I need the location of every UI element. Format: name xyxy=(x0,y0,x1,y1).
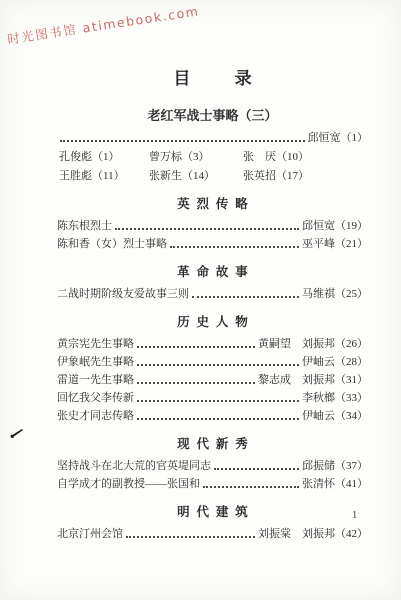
entry-title: 伊象岷先生事略 xyxy=(57,356,134,369)
section-heading-old-red-army: 老红军战士事略（三） xyxy=(57,105,368,124)
toc-entry: 雷道一先生事略 黎志成 刘振邦（31） xyxy=(57,374,368,387)
entry-title: 张史才同志传略 xyxy=(57,410,134,423)
entry-title: 黄宗宪先生事略 xyxy=(57,338,134,351)
toc-entry: 回忆我父李传新 李秋榔（33） xyxy=(57,392,368,405)
entry-credit: 伊岫云（28） xyxy=(302,356,368,369)
entry-credit: 马维祺（25） xyxy=(302,288,368,301)
entry-title: 回忆我父李传新 xyxy=(57,392,134,405)
entry-title: 北京汀州会馆 xyxy=(57,528,123,541)
table-of-contents: 目录 老红军战士事略（三） 邱恒宽（1） 孔俊彪（1） 曾万标（3） 张 厌（1… xyxy=(57,64,368,546)
section-heading-historical-figures: 历史人物 xyxy=(57,312,368,330)
name-grid-cell: 王胜彪（11） xyxy=(59,170,149,183)
dot-leader xyxy=(115,227,299,230)
entry-title: 二战时期阶级友爱故事三则 xyxy=(57,288,189,301)
dot-leader xyxy=(214,467,299,470)
entry-title: 陈和香（女）烈士事略 xyxy=(57,238,167,251)
dot-leader xyxy=(137,381,255,384)
entry-title: 自学成才的副教授——张国和 xyxy=(57,478,200,491)
page-title: 目录 xyxy=(57,64,368,89)
toc-entry: 二战时期阶级友爱故事三则 马维祺（25） xyxy=(57,288,368,301)
name-grid-row: 孔俊彪（1） 曾万标（3） 张 厌（10） xyxy=(57,151,368,164)
dot-leader xyxy=(60,139,305,142)
name-grid-cell: 张 厌（10） xyxy=(243,151,368,164)
toc-entry: 伊象岷先生事略 伊岫云（28） xyxy=(57,356,368,369)
dot-leader xyxy=(126,535,255,538)
section-heading-modern-talents: 现代新秀 xyxy=(57,434,368,452)
entry-credit: 伊岫云（34） xyxy=(302,410,368,423)
dot-leader xyxy=(192,295,299,298)
name-grid-cell: 孔俊彪（1） xyxy=(59,151,149,164)
toc-entry: 北京汀州会馆 刘振棠 刘振邦（42） xyxy=(57,528,368,541)
name-grid-cell: 曾万标（3） xyxy=(149,151,243,164)
name-grid-cell: 张英招（17） xyxy=(243,170,368,183)
section-heading-heroes: 英烈传略 xyxy=(57,194,368,212)
name-grid-row: 王胜彪（11） 张新生（14） 张英招（17） xyxy=(57,170,368,183)
entry-credit: 李秋榔（33） xyxy=(302,392,368,405)
entry-credit: 巫平峰（21） xyxy=(302,238,368,251)
entry-credit: 黎志成 刘振邦（31） xyxy=(258,374,368,387)
toc-entry: 陈东根烈士 邱恒宽（19） xyxy=(57,220,368,233)
toc-entry: 张史才同志传略 伊岫云（34） xyxy=(57,410,368,423)
entry-title: 坚持战斗在北大荒的官英堤同志 xyxy=(57,460,211,473)
dot-leader xyxy=(170,245,299,248)
name-grid-cell: 张新生（14） xyxy=(149,170,243,183)
ink-smudge-icon xyxy=(8,420,30,442)
entry-credit: 邱恒宽（19） xyxy=(302,220,368,233)
section-heading-ming-architecture: 明代建筑 xyxy=(57,502,368,520)
entry-credit: 邱恒宽（1） xyxy=(308,132,369,145)
toc-entry: 黄宗宪先生事略 黄嗣望 刘振邦（26） xyxy=(57,338,368,351)
dot-leader xyxy=(137,363,299,366)
dot-leader xyxy=(203,485,299,488)
entry-title: 陈东根烈士 xyxy=(57,220,112,233)
entry-credit: 刘振棠 刘振邦（42） xyxy=(258,528,368,541)
toc-entry: 邱恒宽（1） xyxy=(57,132,368,145)
entry-credit: 张清怀（41） xyxy=(302,478,368,491)
toc-entry: 坚持战斗在北大荒的官英堤同志 邱振储（37） xyxy=(57,460,368,473)
entry-credit: 邱振储（37） xyxy=(302,460,368,473)
entry-title: 雷道一先生事略 xyxy=(57,374,134,387)
page-number: 1 xyxy=(352,510,357,521)
toc-entry: 自学成才的副教授——张国和 张清怀（41） xyxy=(57,478,368,491)
dot-leader xyxy=(137,345,255,348)
entry-credit: 黄嗣望 刘振邦（26） xyxy=(258,338,368,351)
dot-leader xyxy=(137,417,299,420)
section-heading-revolutionary-stories: 革命故事 xyxy=(57,262,368,280)
dot-leader xyxy=(137,399,299,402)
toc-entry: 陈和香（女）烈士事略 巫平峰（21） xyxy=(57,238,368,251)
